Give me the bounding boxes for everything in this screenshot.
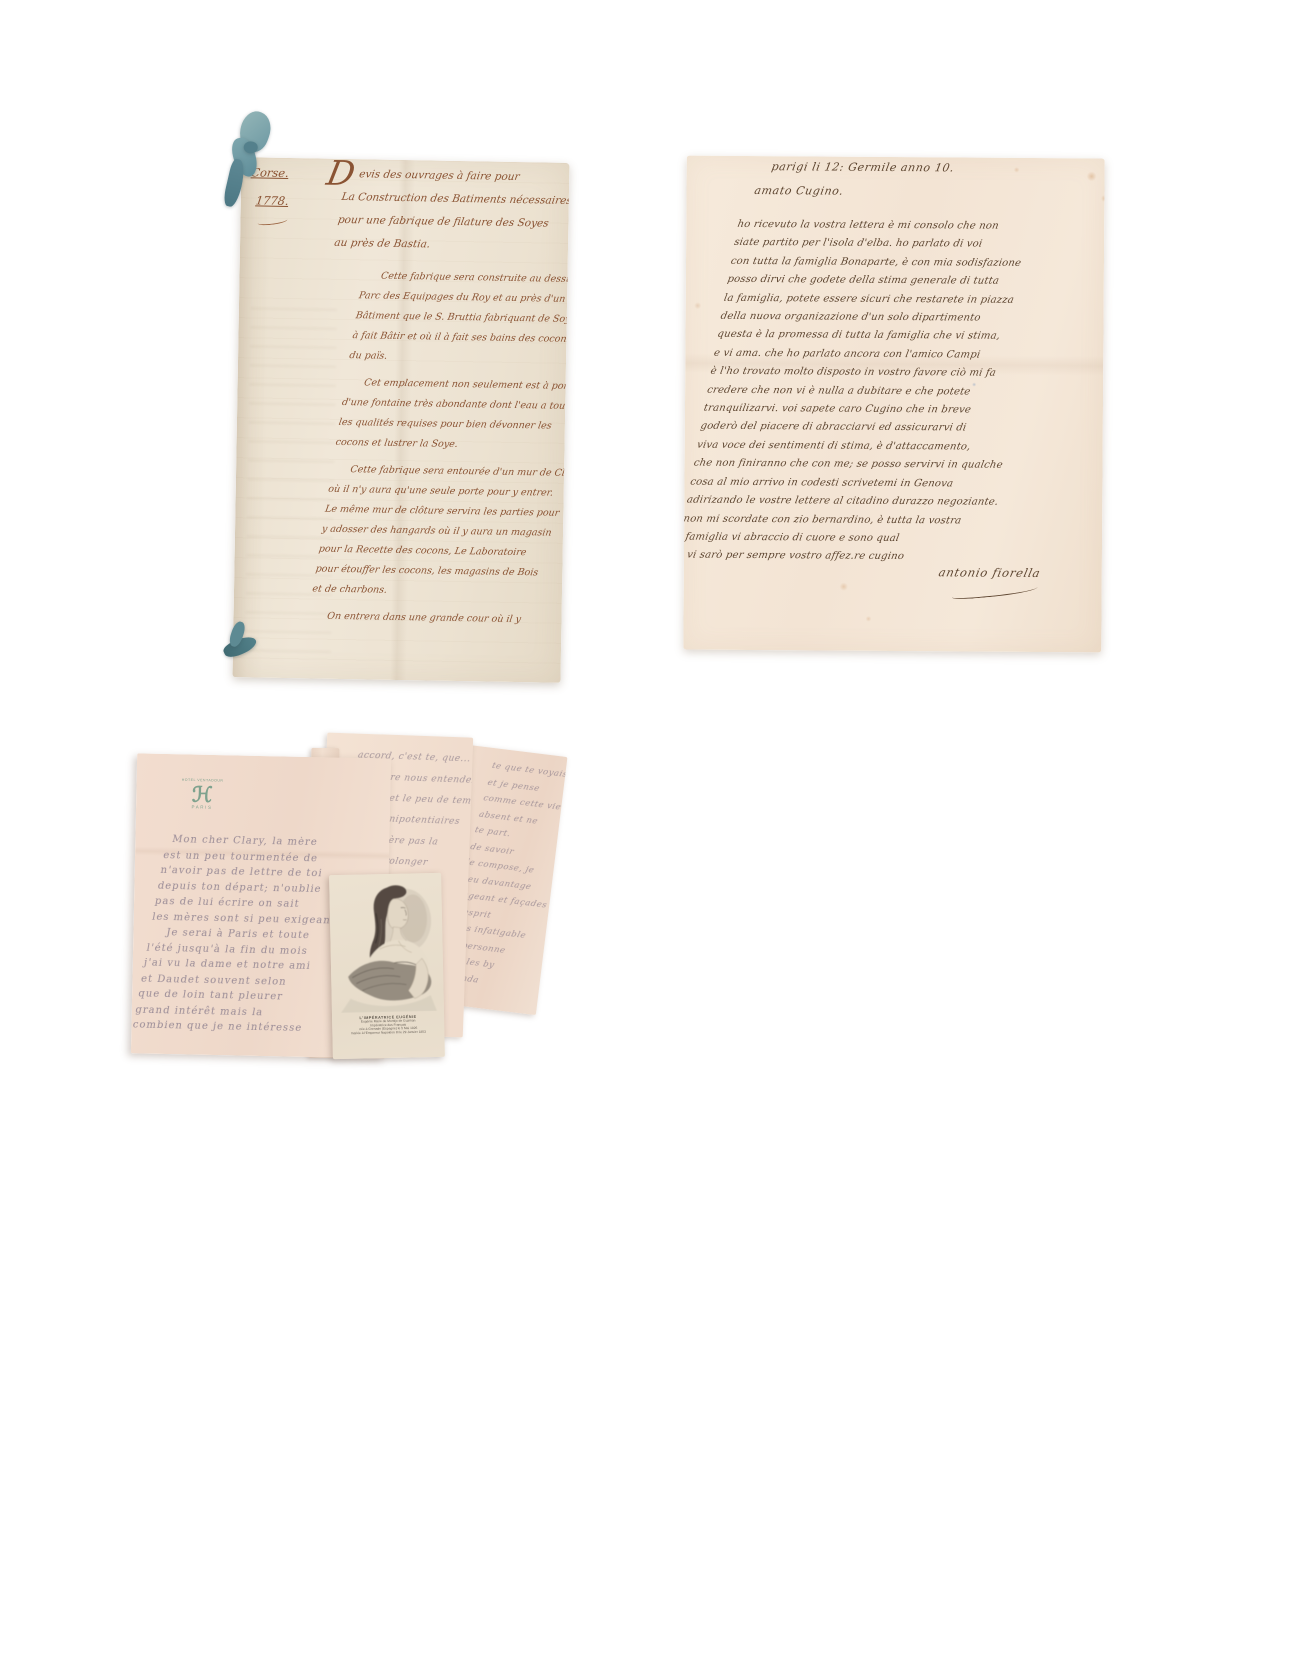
handwriting-line: combien que je ne intéresse — [131, 1017, 360, 1037]
letter-date-line: parigi li 12: Germile anno 10. — [770, 160, 955, 174]
letter-body-lines: ho ricevuto la vostra lettera è mi conso… — [683, 216, 1104, 568]
letterhead-hotel-name: HOTEL VENTADOUR — [181, 778, 225, 782]
manuscript-1778: Corse. 1778. D evis des ouvrages à faire… — [232, 157, 569, 683]
handwriting-line: On entrera dans une grande cour où il y — [307, 606, 538, 630]
manuscript-title-lines: evis des ouvrages à faire pourLa Constru… — [332, 163, 569, 259]
handwriting-line: adirizando le vostre lettere al citadino… — [685, 492, 1060, 513]
hotel-letterhead: HOTEL VENTADOUR ℋ PARIS — [158, 778, 247, 815]
handwriting-line: goderò del piacere di abracciarvi ed ass… — [699, 418, 1074, 439]
corner-label-year: 1778. — [255, 193, 290, 208]
handwriting-line: cocons et lustrer la Soye. — [334, 433, 565, 457]
portrait-engraving — [334, 878, 439, 1013]
handwriting-line: vi sarò per sempre vostro affez.re cugin… — [683, 547, 1050, 568]
letterhead-city: PARIS — [178, 804, 226, 810]
handwriting-line: au près de Bastia. — [332, 232, 562, 259]
ribbon-knot — [244, 141, 258, 153]
handwriting-line: che non finiranno che con me; se posso s… — [692, 455, 1067, 476]
handwriting-line: du païs. — [348, 346, 570, 370]
hotel-monogram-icon: ℋ — [158, 784, 246, 806]
letter-salutation: amato Cugino. — [753, 184, 844, 198]
handwriting-line: è l'ho trovato molto disposto in vostro … — [709, 363, 1084, 384]
underline-flourish — [257, 216, 287, 226]
letter-signature: antonio fiorella — [937, 565, 1042, 580]
letter-paper: parigi li 12: Germile anno 10. amato Cug… — [683, 156, 1104, 653]
manuscript-paper: Corse. 1778. D evis des ouvrages à faire… — [232, 157, 569, 683]
italian-letter: parigi li 12: Germile anno 10. amato Cug… — [683, 156, 1104, 653]
portrait-card: L'IMPÉRATRICE EUGÉNIE Eugénie Marie de M… — [329, 873, 445, 1059]
signature-flourish — [951, 584, 1037, 600]
photo-canvas: Corse. 1778. D evis des ouvrages à faire… — [0, 0, 1301, 1672]
portrait-caption: L'IMPÉRATRICE EUGÉNIE Eugénie Marie de M… — [338, 1014, 438, 1036]
handwriting-line: questa è la promessa di tutta la famigli… — [716, 326, 1091, 347]
portrait-caption-lines: Eugénie Marie de Montijo de GuzmanImpéra… — [338, 1018, 438, 1035]
manuscript-body-lines: Cette fabrique sera construite au dessus… — [307, 259, 570, 630]
handwriting-line: et de charbons. — [311, 580, 542, 604]
handwriting-line: posso dirvi che godete della stima gener… — [726, 271, 1101, 292]
handwriting-line: siate partito per l'isola d'elba. ho par… — [732, 234, 1104, 255]
handwriting-line: non mi scordate con zio bernardino, è tu… — [683, 510, 1057, 531]
handwriting-line: mariée à l'Empereur Napoléon III le 29 J… — [338, 1030, 438, 1036]
